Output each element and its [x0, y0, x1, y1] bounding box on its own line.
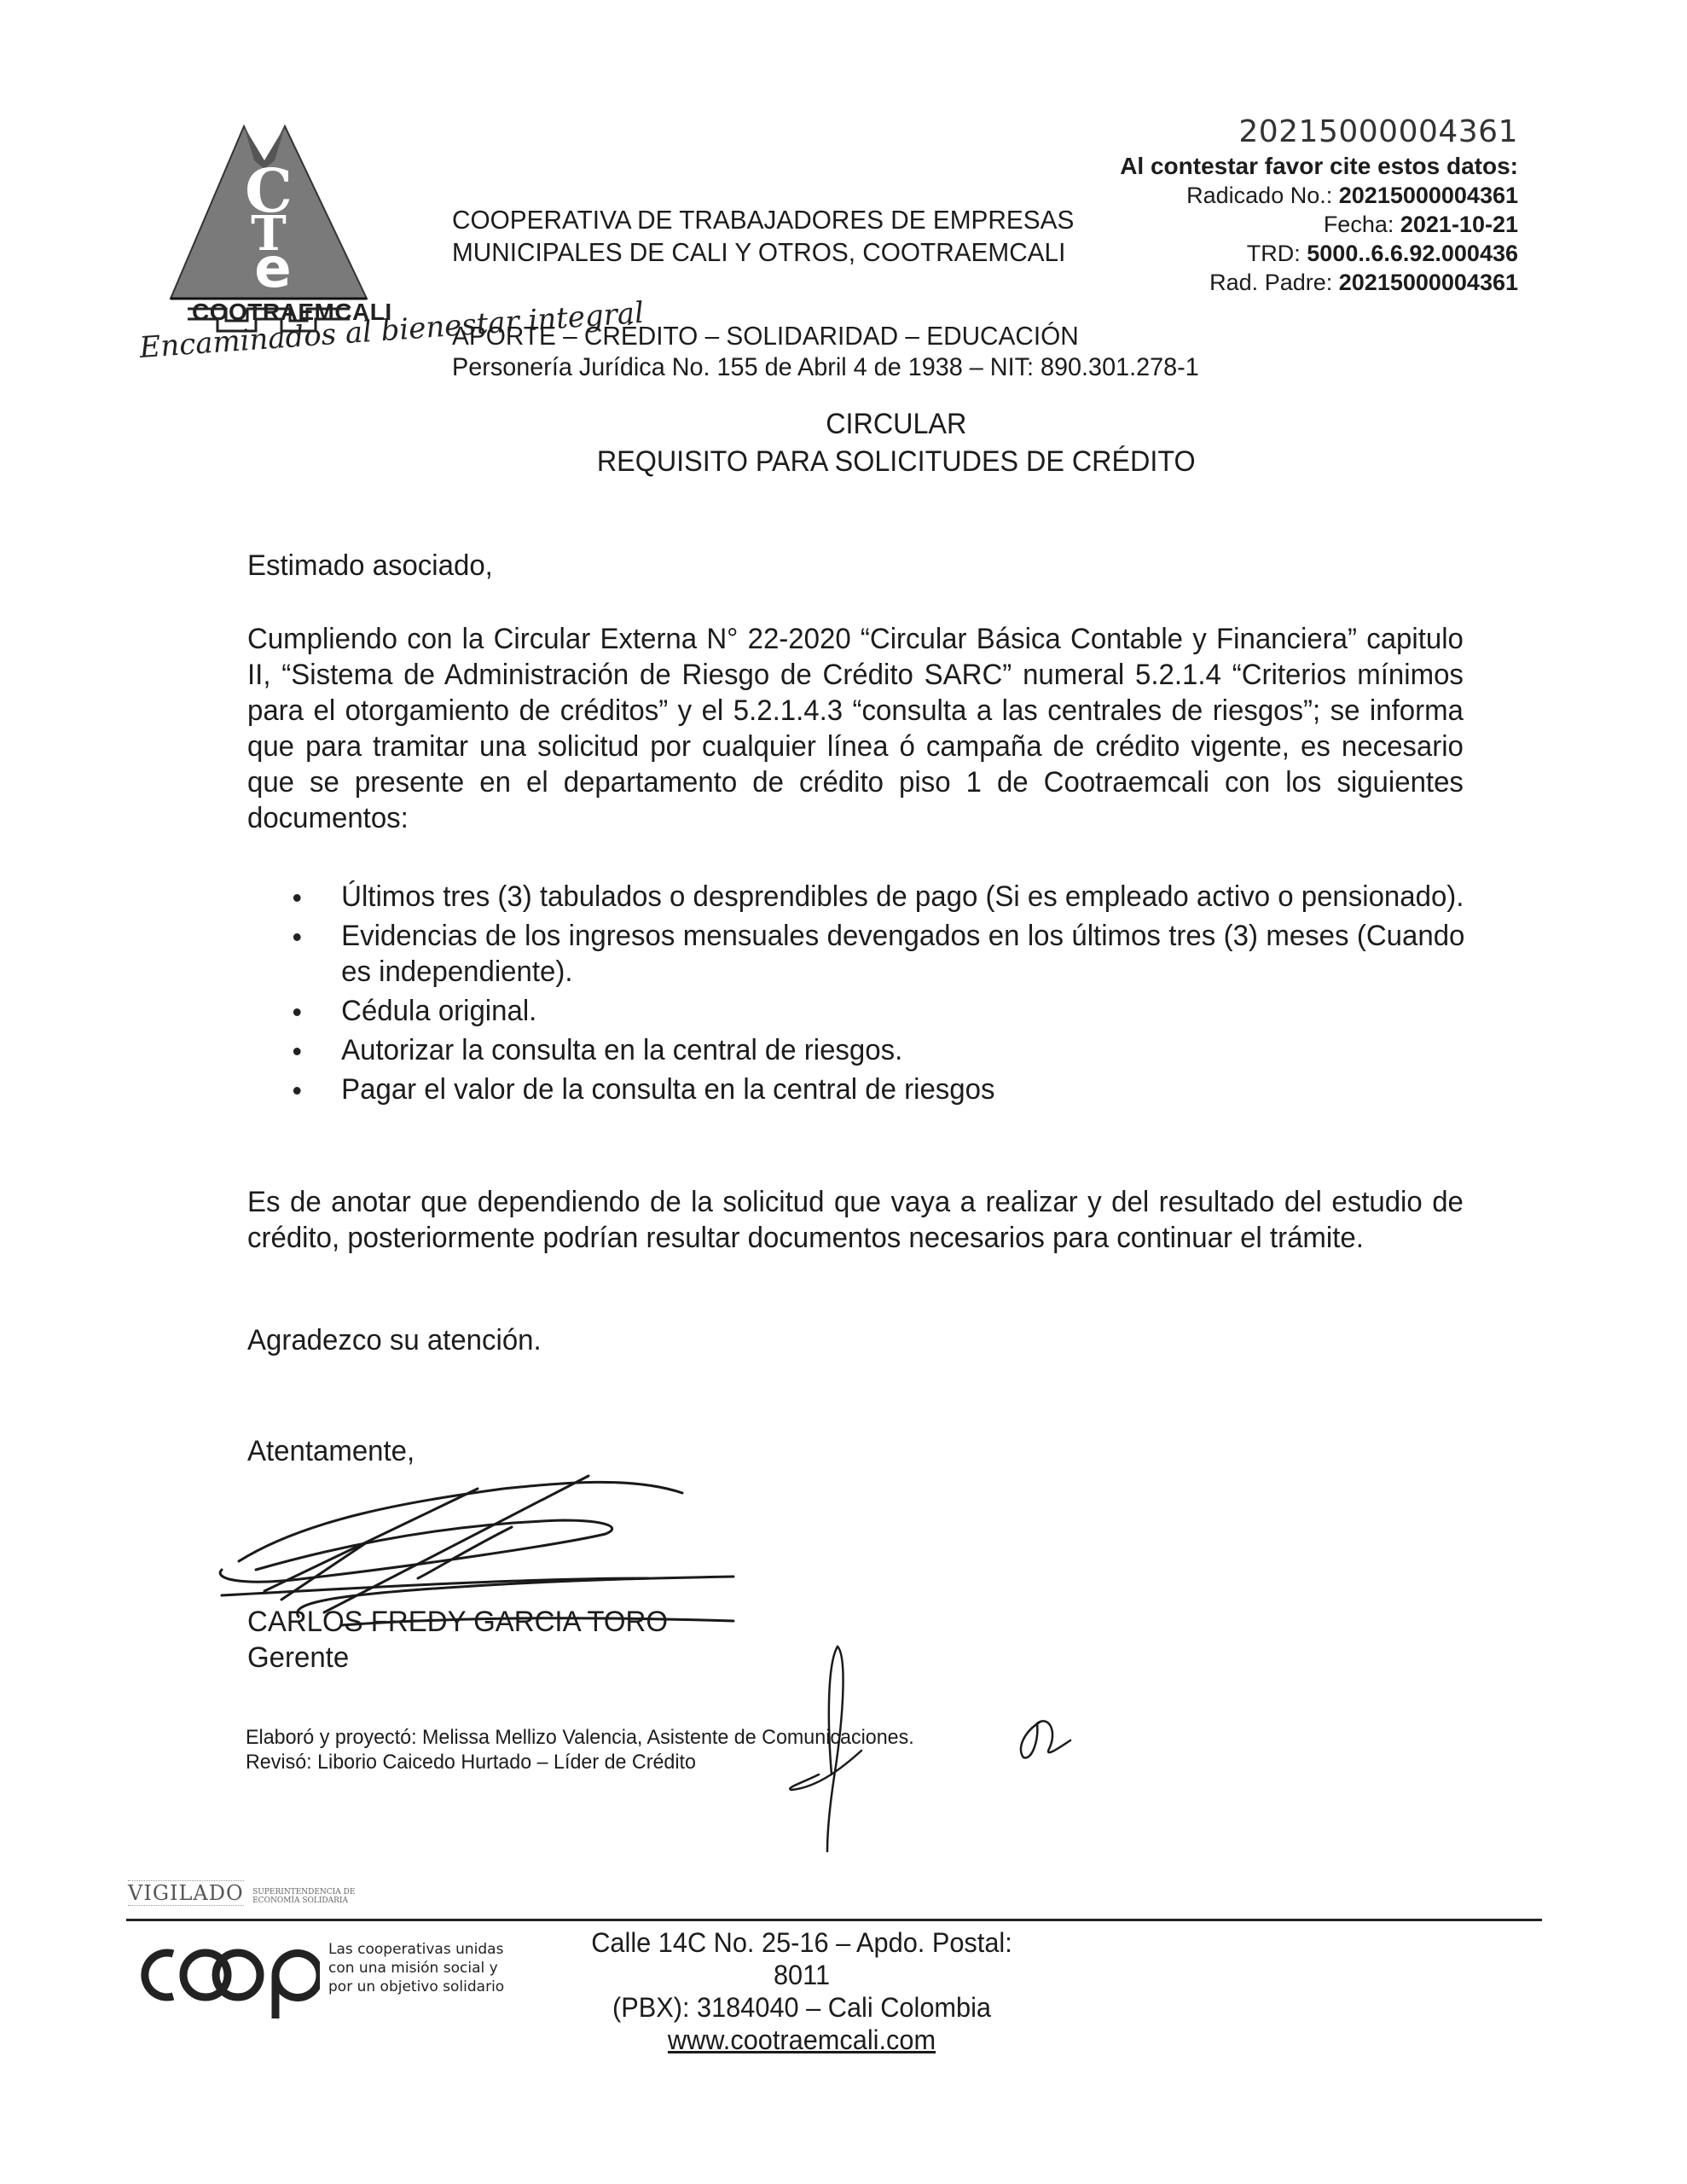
footer-divider — [126, 1919, 1542, 1921]
thanks-line: Agradezco su atención. — [247, 1322, 1464, 1358]
organization-name-line1: COOPERATIVA DE TRABAJADORES DE EMPRESAS — [452, 205, 1074, 235]
rad-padre-value: 20215000004361 — [1339, 270, 1518, 295]
signer-role: Gerente — [247, 1640, 1464, 1676]
list-item: Cédula original. — [290, 993, 1464, 1029]
radicado-row: Radicado No.: 20215000004361 — [1120, 181, 1518, 210]
vigilado-seal: VIGILADO Superintendencia de Economía So… — [128, 1881, 355, 1905]
coop-tagline: Las cooperativas unidas con una misión s… — [328, 1940, 504, 1996]
fecha-value: 2021-10-21 — [1400, 212, 1518, 237]
title-circular: CIRCULAR — [42, 405, 1644, 443]
footer-address: Calle 14C No. 25-16 – Apdo. Postal: 8011… — [572, 1926, 1031, 2056]
address-street: Calle 14C No. 25-16 – Apdo. Postal: 8011 — [572, 1926, 1031, 1991]
address-phone: (PBX): 3184040 – Cali Colombia — [572, 1991, 1031, 2024]
filing-stamp: 20215000004361 Al contestar favor cite e… — [1120, 113, 1518, 297]
trd-row: TRD: 5000..6.6.92.000436 — [1120, 239, 1518, 268]
list-item: Autorizar la consulta en la central de r… — [290, 1032, 1464, 1068]
filing-number: 20215000004361 — [1120, 113, 1518, 152]
paragraph-intro: Cumpliendo con la Circular Externa N° 22… — [247, 621, 1464, 836]
radicado-value: 20215000004361 — [1339, 183, 1518, 208]
organization-motto: APORTE – CRÉDITO – SOLIDARIDAD – EDUCACI… — [452, 321, 1079, 351]
fecha-row: Fecha: 2021-10-21 — [1120, 210, 1518, 239]
bullet-icon — [293, 1087, 301, 1095]
rad-padre-row: Rad. Padre: 20215000004361 — [1120, 268, 1518, 297]
title-subject: REQUISITO PARA SOLICITUDES DE CRÉDITO — [42, 443, 1644, 480]
signer-name: CARLOS FREDY GARCIA TORO — [247, 1604, 1464, 1640]
trd-value: 5000..6.6.92.000436 — [1307, 241, 1518, 266]
bullet-icon — [293, 1008, 301, 1016]
closing-line: Atentamente, — [247, 1433, 1464, 1469]
document-title: CIRCULAR REQUISITO PARA SOLICITUDES DE C… — [42, 405, 1644, 480]
superintendencia-label: Superintendencia de Economía Solidaria — [252, 1888, 355, 1905]
requirements-list: Últimos tres (3) tabulados o desprendibl… — [290, 879, 1464, 1111]
legal-registration: Personería Jurídica No. 155 de Abril 4 d… — [452, 353, 1199, 382]
svg-text:e: e — [254, 237, 291, 300]
list-item: Pagar el valor de la consulta en la cent… — [290, 1072, 1464, 1107]
prepared-by: Elaboró y proyectó: Melissa Mellizo Vale… — [246, 1725, 914, 1750]
organization-name-line2: MUNICIPALES DE CALI Y OTROS, COOTRAEMCAL… — [452, 237, 1065, 268]
list-item: Últimos tres (3) tabulados o desprendibl… — [290, 879, 1464, 915]
reviewed-by: Revisó: Liborio Caicedo Hurtado – Líder … — [246, 1750, 696, 1774]
greeting: Estimado asociado, — [247, 548, 1464, 584]
bullet-icon — [293, 894, 301, 902]
list-item: Evidencias de los ingresos mensuales dev… — [290, 918, 1464, 990]
bullet-icon — [293, 933, 301, 941]
paragraph-note: Es de anotar que dependiendo de la solic… — [247, 1184, 1464, 1256]
bullet-icon — [293, 1048, 301, 1055]
vigilado-label: VIGILADO — [128, 1880, 244, 1906]
coop-logo-icon — [132, 1935, 320, 2020]
cite-instruction: Al contestar favor cite estos datos: — [1120, 152, 1518, 181]
website-link[interactable]: www.cootraemcali.com — [668, 2024, 936, 2055]
